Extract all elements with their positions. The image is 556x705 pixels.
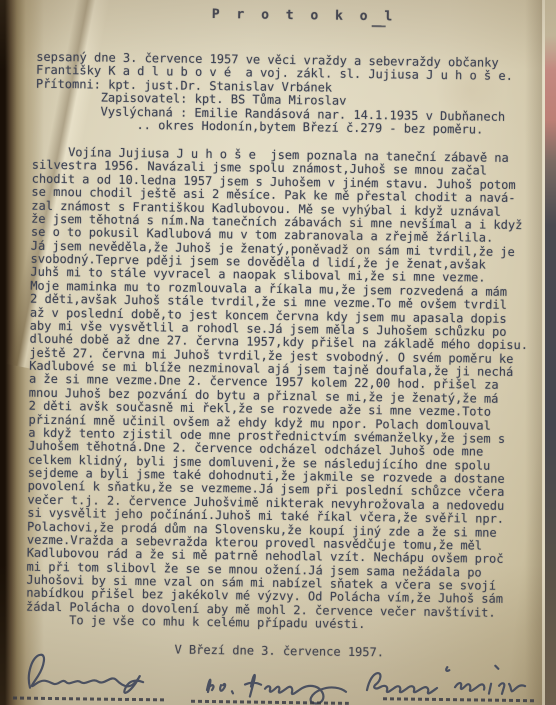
typed-page: P r o t o k o l sepsaný dne 3. července … [0,0,556,705]
title-underline [372,25,386,27]
signature-line-left [13,696,165,701]
page-title: P r o t o k o l [212,7,397,24]
protocol-body-text: Vojína Jujiusa J u h o š e jsem poznala … [26,146,531,634]
date-place-line: V Březí dne 3. července 1957. [174,643,384,660]
signature-middle [199,660,365,705]
document-photo: P r o t o k o l sepsaný dne 3. července … [0,0,556,705]
signature-left [16,647,177,701]
protocol-header: sepsaný dne 3. července 1957 ve věci vra… [35,51,513,137]
